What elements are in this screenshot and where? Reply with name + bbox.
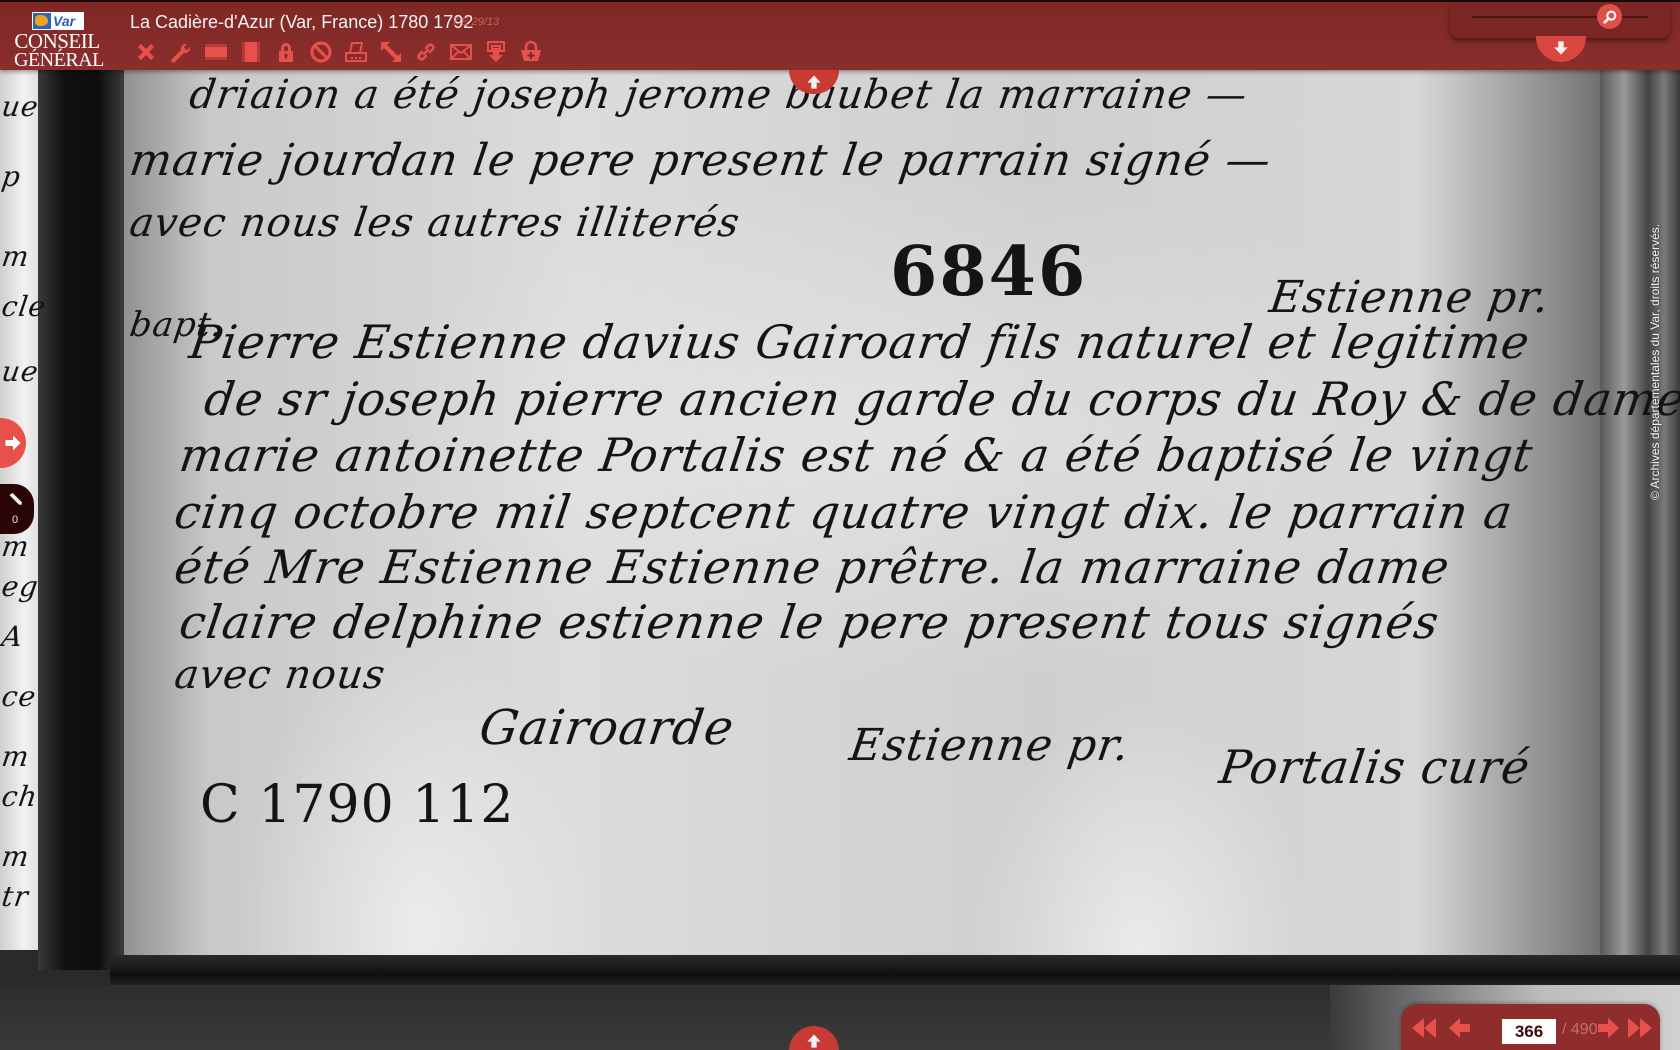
- book-binding: [38, 70, 124, 970]
- left-margin-text: eg: [0, 570, 41, 603]
- zoom-slider-handle[interactable]: [1597, 4, 1622, 29]
- settings-button[interactable]: [163, 38, 198, 66]
- page-fore-edge: [1600, 70, 1680, 980]
- previous-page-icon: [1448, 1016, 1472, 1040]
- signature: Portalis curé: [1216, 740, 1534, 794]
- left-margin-text: cle: [0, 290, 49, 323]
- handwritten-line: marie jourdan le pere present le parrain…: [126, 135, 1274, 186]
- document-title: La Cadière-d'Azur (Var, France) 1780 179…: [130, 11, 473, 33]
- handwritten-line: avec nous: [172, 652, 389, 698]
- handwritten-line: marie antoinette Portalis est né & a été…: [176, 428, 1536, 482]
- basket-add-button[interactable]: [513, 38, 548, 66]
- horizontal-panel-icon: [203, 40, 229, 64]
- download-button[interactable]: [478, 38, 513, 66]
- logo-text-line2: GÉNÉRAL: [14, 50, 100, 70]
- vertical-panel-icon: [238, 40, 264, 64]
- arrow-down-icon: [1552, 40, 1570, 56]
- download-icon: [483, 40, 509, 64]
- pagination-bar: / 490: [1401, 1004, 1660, 1050]
- arrow-up-icon: [805, 1033, 823, 1049]
- lock-icon: [273, 40, 299, 64]
- handwritten-line: avec nous les autres illiterés: [127, 200, 743, 246]
- handwritten-line: été Mre Estienne Estienne prêtre. la mar…: [171, 540, 1453, 594]
- resize-arrows-icon: [378, 40, 404, 64]
- horizontal-view-button[interactable]: [198, 38, 233, 66]
- page-number-input[interactable]: [1502, 1019, 1556, 1044]
- next-page-icon: [1596, 1016, 1620, 1040]
- toolbar: [128, 38, 548, 66]
- last-page-button[interactable]: [1627, 1015, 1653, 1041]
- close-button[interactable]: [128, 38, 163, 66]
- left-margin-text: ue: [0, 355, 41, 388]
- first-page-button[interactable]: [1411, 1015, 1437, 1041]
- handwritten-line: driaion a été joseph jerome baubet la ma…: [187, 72, 1251, 118]
- left-margin-text: m: [0, 840, 32, 873]
- page-total: / 490: [1562, 1021, 1598, 1039]
- handwritten-line: claire delphine estienne le pere present…: [176, 595, 1443, 649]
- annotations-button[interactable]: 0: [0, 484, 34, 534]
- basket-add-icon: [518, 40, 544, 64]
- folio-note: C 1790 112: [200, 775, 514, 835]
- signature: Gairoarde: [476, 700, 738, 756]
- vertical-view-button[interactable]: [233, 38, 268, 66]
- first-page-icon: [1411, 1016, 1437, 1040]
- left-margin-text: m: [0, 530, 32, 563]
- entry-reference-number: 6846: [890, 232, 1087, 312]
- arrow-right-icon: [4, 434, 22, 452]
- forbidden-icon: [308, 40, 334, 64]
- next-page-button[interactable]: [1595, 1015, 1621, 1041]
- handwritten-line: Pierre Estienne davius Gairoard fils nat…: [186, 315, 1533, 369]
- scanned-page-image[interactable]: ue p m cle ue n m eg A ce m ch m tr dria…: [0, 0, 1680, 1050]
- close-icon: [133, 40, 159, 64]
- handwritten-line: de sr joseph pierre ancien garde du corp…: [201, 372, 1680, 426]
- left-margin-text: m: [0, 740, 32, 773]
- link-icon: [413, 40, 439, 64]
- signature: Estienne pr.: [846, 720, 1133, 771]
- link-button[interactable]: [408, 38, 443, 66]
- conseil-general-logo[interactable]: Var CONSEIL GÉNÉRAL: [14, 12, 100, 68]
- document-viewer[interactable]: ue p m cle ue n m eg A ce m ch m tr dria…: [0, 0, 1680, 1050]
- previous-page-button[interactable]: [1447, 1015, 1473, 1041]
- wrench-icon: [168, 40, 194, 64]
- zoom-panel: [1450, 2, 1670, 38]
- annotations-count: 0: [0, 514, 30, 526]
- left-margin-text: m: [0, 240, 32, 273]
- magnifier-icon: [1602, 9, 1618, 25]
- block-button[interactable]: [303, 38, 338, 66]
- arrow-up-icon: [805, 74, 823, 90]
- email-button[interactable]: [443, 38, 478, 66]
- envelope-icon: [448, 40, 474, 64]
- left-margin-text: ue: [0, 90, 41, 123]
- pencil-icon: [8, 490, 24, 508]
- fullscreen-button[interactable]: [373, 38, 408, 66]
- var-map-icon: [33, 13, 51, 29]
- last-page-icon: [1627, 1016, 1653, 1040]
- var-badge: Var: [32, 12, 84, 30]
- handwritten-line: cinq octobre mil septcent quatre vingt d…: [171, 485, 1516, 539]
- archive-cote: 7 E 29/13: [452, 16, 499, 28]
- header-bar: Var CONSEIL GÉNÉRAL La Cadière-d'Azur (V…: [0, 0, 1680, 70]
- left-margin-text: tr: [0, 880, 31, 913]
- left-margin-text: ch: [0, 780, 40, 813]
- left-margin-text: ce: [0, 680, 39, 713]
- print-button[interactable]: [338, 38, 373, 66]
- var-badge-text: Var: [53, 12, 83, 30]
- copyright-notice: © Archives départementales du Var, droit…: [1648, 224, 1662, 500]
- lock-button[interactable]: [268, 38, 303, 66]
- printer-icon: [343, 40, 369, 64]
